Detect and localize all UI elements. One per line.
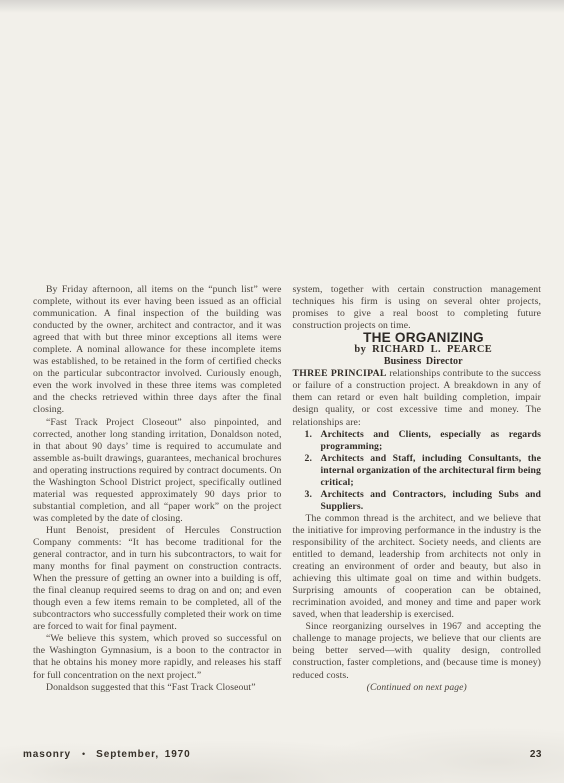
paragraph: “Fast Track Project Closeout” also pinpo… xyxy=(33,417,282,525)
paragraph: By Friday afternoon, all items on the “p… xyxy=(33,284,282,417)
list-item-text: Architects and Contractors, including Su… xyxy=(321,489,542,512)
left-column: By Friday afternoon, all items on the “p… xyxy=(33,284,282,694)
article-body: By Friday afternoon, all items on the “p… xyxy=(33,284,541,694)
lead-paragraph: THREE PRINCIPAL relationships contribute… xyxy=(293,368,542,428)
list-item-text: Architects and Clients, especially as re… xyxy=(321,429,542,452)
paragraph: The common thread is the architect, and … xyxy=(293,513,542,621)
issue-date: September, 1970 xyxy=(96,749,190,760)
paragraph: Hunt Benoist, president of Hercules Cons… xyxy=(33,525,282,633)
list-item-text: Architects and Staff, including Consulta… xyxy=(321,453,542,488)
list-item: 1. Architects and Clients, especially as… xyxy=(293,429,542,453)
footer-bullet: • xyxy=(82,749,85,759)
paragraph: Donaldson suggested that this “Fast Trac… xyxy=(33,682,282,694)
paragraph: Since reorganizing ourselves in 1967 and… xyxy=(293,621,542,681)
paragraph-continuation: system, together with certain constructi… xyxy=(293,284,542,332)
magazine-name: masonry xyxy=(23,749,71,760)
list-item-number: 2. xyxy=(305,453,312,465)
relationships-list: 1. Architects and Clients, especially as… xyxy=(293,429,542,513)
list-item: 3. Architects and Contractors, including… xyxy=(293,489,542,513)
right-column: system, together with certain constructi… xyxy=(293,284,542,694)
lead-bold-phrase: THREE PRINCIPAL xyxy=(293,368,387,379)
list-item-number: 3. xyxy=(305,489,312,501)
magazine-page: By Friday afternoon, all items on the “p… xyxy=(0,0,564,783)
paragraph: “We believe this system, which proved so… xyxy=(33,633,282,681)
section-title: THE ORGANIZING xyxy=(297,332,536,344)
page-footer: masonry•September, 1970 23 xyxy=(23,749,542,760)
byline-role: Business Director xyxy=(293,356,542,368)
list-item-number: 1. xyxy=(305,429,312,441)
page-number: 23 xyxy=(530,749,542,760)
continued-note: (Continued on next page) xyxy=(293,682,542,694)
footer-left: masonry•September, 1970 xyxy=(23,749,191,760)
list-item: 2. Architects and Staff, including Consu… xyxy=(293,453,542,489)
